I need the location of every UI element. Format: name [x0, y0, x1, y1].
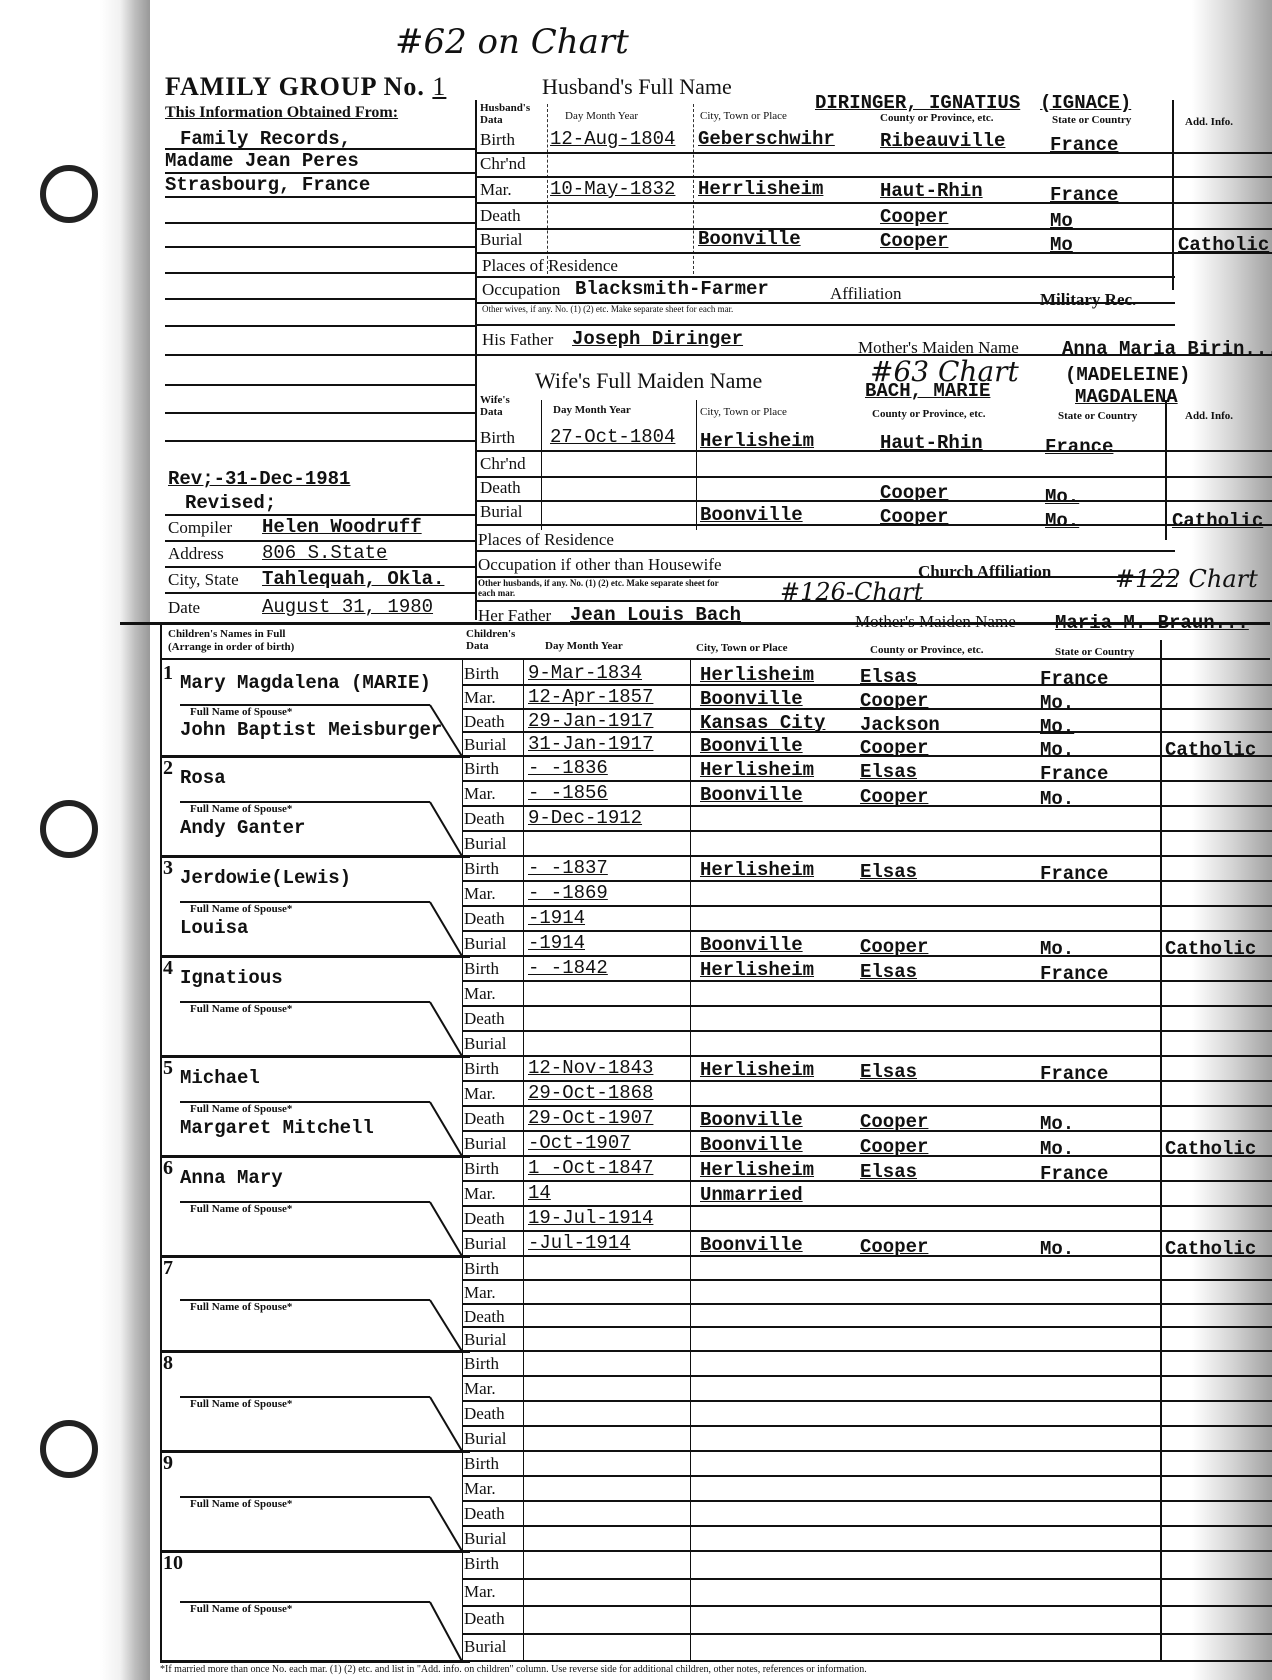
- addinfo-col-header: Add. Info.: [1185, 116, 1233, 128]
- date-col-header: Day Month Year: [565, 110, 638, 122]
- col-divider: [690, 1255, 691, 1350]
- husband-event-county: Cooper: [880, 206, 948, 228]
- spouse-diagonal: [429, 1201, 463, 1256]
- child-number: 6: [163, 1157, 173, 1180]
- compiler-address: 806 S.State: [262, 542, 387, 564]
- rule: [475, 476, 1272, 478]
- city-col-header: City, Town or Place: [700, 110, 787, 122]
- child-event-date: 12-Nov-1843: [528, 1057, 653, 1079]
- child-event-label: Burial: [464, 1234, 507, 1254]
- child-event-label: Death: [464, 1307, 505, 1327]
- main-divider: [475, 100, 477, 620]
- child-event-info: Catholic: [1165, 739, 1256, 761]
- wife-event-state: Mo.: [1045, 510, 1079, 532]
- husband-event-date: 10-May-1832: [550, 178, 675, 200]
- wife-occupation-label: Occupation if other than Housewife: [478, 555, 722, 575]
- child-separator: [160, 955, 470, 958]
- rule: [462, 1180, 1272, 1182]
- child-event-label: Mar.: [464, 1184, 496, 1204]
- child-event-date: -1914: [528, 907, 585, 929]
- col-divider: [690, 660, 691, 755]
- husband-event-county: Haut-Rhin: [880, 180, 983, 202]
- child-name: Jerdowie(Lewis): [180, 867, 351, 889]
- title-text: FAMILY GROUP No.: [165, 72, 425, 101]
- col-divider: [690, 1350, 691, 1450]
- group-number: 1: [432, 72, 446, 101]
- col-divider: [462, 660, 463, 755]
- child-event-city: Boonville: [700, 735, 803, 757]
- child-event-label: Death: [464, 712, 505, 732]
- col-divider: [693, 104, 694, 274]
- wife-name: BACH, MARIE: [865, 380, 990, 402]
- child-name: Michael: [180, 1067, 260, 1089]
- col-divider: [462, 1255, 463, 1350]
- husband-event-label: Mar.: [480, 180, 512, 200]
- children-left-border: [160, 622, 162, 1662]
- child-event-label: Mar.: [464, 688, 496, 708]
- child-number: 7: [163, 1257, 173, 1280]
- source-rule: [165, 412, 475, 414]
- other-husbands-note: Other husbands, if any. No. (1) (2) etc.…: [478, 578, 738, 598]
- child-event-label: Death: [464, 1404, 505, 1424]
- children-top-rule: [120, 622, 1270, 625]
- spouse-rule: [180, 1601, 430, 1603]
- rule: [475, 500, 1272, 502]
- spouse-label: Full Name of Spouse*: [190, 1003, 292, 1015]
- col-divider: [541, 400, 542, 530]
- rule: [462, 1500, 1272, 1502]
- child-event-city: Boonville: [700, 688, 803, 710]
- right-chart-note: #122 Chart: [1115, 565, 1258, 593]
- wife-state-col-header: State or Country: [1058, 410, 1137, 422]
- col-divider: [462, 1155, 463, 1255]
- child-event-city: Herlisheim: [700, 1159, 814, 1181]
- child-event-label: Burial: [464, 735, 507, 755]
- source-rule: [165, 298, 475, 300]
- children-state-col: State or Country: [1055, 646, 1134, 658]
- child-event-label: Mar.: [464, 1379, 496, 1399]
- spouse-label: Full Name of Spouse*: [190, 803, 292, 815]
- child-event-city: Herlisheim: [700, 1059, 814, 1081]
- rule: [475, 252, 1272, 254]
- husband-occupation: Blacksmith-Farmer: [575, 278, 769, 300]
- top-chart-note: #62 on Chart: [395, 22, 629, 62]
- child-event-label: Mar.: [464, 784, 496, 804]
- child-event-label: Mar.: [464, 1084, 496, 1104]
- child-event-date: 14: [528, 1182, 551, 1204]
- children-data-header: Children's Data: [466, 628, 526, 652]
- rule: [475, 524, 1272, 526]
- child-event-label: Mar.: [464, 984, 496, 1004]
- source-line-1: Family Records,: [180, 128, 351, 150]
- col-divider: [690, 855, 691, 955]
- child-number: 10: [163, 1552, 183, 1575]
- child-event-label: Burial: [464, 1330, 507, 1350]
- child-event-label: Birth: [464, 1059, 499, 1079]
- husband-residence-label: Places of Residence: [482, 256, 618, 276]
- rule: [462, 1303, 1272, 1305]
- child-separator: [160, 755, 470, 758]
- rule: [462, 1326, 1272, 1328]
- rule: [462, 980, 1272, 982]
- source-label: This Information Obtained From:: [165, 104, 398, 122]
- children-names-label: Children's Names in Full: [168, 628, 285, 640]
- husband-event-label: Chr'nd: [480, 154, 526, 174]
- spouse-diagonal: [429, 1601, 463, 1661]
- footer-note: *If married more than once No. each mar.…: [160, 1664, 867, 1675]
- child-number: 2: [163, 757, 173, 780]
- wife-event-state: Mo.: [1045, 486, 1079, 508]
- child-event-date: 19-Jul-1914: [528, 1207, 653, 1229]
- spouse-rule: [180, 1001, 430, 1003]
- col-divider: [690, 1450, 691, 1550]
- rule: [462, 1350, 1272, 1352]
- wife-event-city: Boonville: [700, 504, 803, 526]
- child-number: 5: [163, 1057, 173, 1080]
- binder-hole-1: [40, 165, 98, 223]
- spouse-diagonal: [429, 1101, 463, 1156]
- child-event-label: Death: [464, 809, 505, 829]
- rule: [475, 152, 1272, 154]
- col-divider: [462, 1550, 463, 1660]
- child-event-label: Mar.: [464, 884, 496, 904]
- col-divider: [523, 1350, 524, 1450]
- child-event-label: Death: [464, 1609, 505, 1629]
- source-rule: [165, 222, 475, 224]
- spouse-label: Full Name of Spouse*: [190, 706, 292, 718]
- col-divider: [690, 1550, 691, 1660]
- rule: [462, 1030, 1272, 1032]
- source-rule: [165, 354, 475, 356]
- spouse-name: Louisa: [180, 917, 248, 939]
- wife-alias-2: MAGDALENA: [1075, 386, 1178, 408]
- compiler-name: Helen Woodruff: [262, 516, 422, 538]
- wife-residence-label: Places of Residence: [478, 530, 614, 550]
- spouse-rule: [180, 1299, 430, 1301]
- binder-hole-3: [40, 1420, 98, 1478]
- child-event-label: Mar.: [464, 1582, 496, 1602]
- child-event-state: Mo.: [1040, 716, 1074, 738]
- child-event-label: Mar.: [464, 1479, 496, 1499]
- form-title: FAMILY GROUP No. 1: [165, 72, 446, 102]
- wife-date-col-header: Day Month Year: [553, 404, 631, 416]
- source-rule: [165, 172, 475, 174]
- wife-event-label: Burial: [480, 502, 523, 522]
- child-number: 8: [163, 1352, 173, 1375]
- child-event-label: Birth: [464, 1159, 499, 1179]
- child-event-date: 29-Oct-1868: [528, 1082, 653, 1104]
- child-event-label: Burial: [464, 1034, 507, 1054]
- county-col-header: County or Province, etc.: [880, 112, 994, 124]
- source-line-2: Madame Jean Peres: [165, 150, 359, 172]
- child-event-city: Kansas City: [700, 712, 825, 734]
- wife-event-label: Birth: [480, 428, 515, 448]
- col-divider: [462, 1350, 463, 1450]
- wife-event-label: Chr'nd: [480, 454, 526, 474]
- rule: [462, 1005, 1272, 1007]
- rule: [475, 354, 1272, 356]
- col-divider: [547, 104, 548, 274]
- spouse-rule: [180, 1101, 430, 1103]
- spouse-label: Full Name of Spouse*: [190, 1103, 292, 1115]
- child-separator: [160, 1155, 470, 1158]
- child-event-date: - -1837: [528, 857, 608, 879]
- child-event-label: Birth: [464, 759, 499, 779]
- rule: [462, 830, 1272, 832]
- child-event-label: Burial: [464, 1429, 507, 1449]
- child-event-city: Herlisheim: [700, 664, 814, 686]
- child-event-date: - -1836: [528, 757, 608, 779]
- husband-event-city: Boonville: [698, 228, 801, 250]
- child-event-city: Boonville: [700, 1134, 803, 1156]
- child-event-label: Birth: [464, 959, 499, 979]
- child-event-date: 9-Mar-1834: [528, 662, 642, 684]
- col-divider: [690, 955, 691, 1055]
- child-event-date: 9-Dec-1912: [528, 807, 642, 829]
- spouse-rule: [180, 1201, 430, 1203]
- child-event-date: -Oct-1907: [528, 1132, 631, 1154]
- source-rule: [165, 148, 475, 150]
- child-event-label: Burial: [464, 934, 507, 954]
- child-number: 9: [163, 1452, 173, 1475]
- child-event-state: Mo.: [1040, 739, 1074, 761]
- husband-event-city: Geberschwihr: [698, 128, 835, 150]
- revised-label: Revised;: [185, 492, 276, 514]
- rule: [475, 450, 1272, 452]
- spouse-name: John Baptist Meisburger: [180, 719, 442, 741]
- husband-event-label: Death: [480, 206, 521, 226]
- child-name: Anna Mary: [180, 1167, 283, 1189]
- col-divider: [523, 955, 524, 1055]
- children-names-sub: (Arrange in order of birth): [168, 641, 294, 653]
- wife-city-col-header: City, Town or Place: [700, 406, 787, 418]
- col-divider: [523, 1055, 524, 1155]
- addinfo-divider: [1160, 640, 1162, 1660]
- source-rule: [165, 325, 475, 327]
- rule: [462, 1425, 1272, 1427]
- child-event-label: Birth: [464, 1554, 499, 1574]
- col-divider: [462, 855, 463, 955]
- source-rule: [165, 196, 475, 198]
- child-separator: [160, 1550, 470, 1553]
- child-separator: [160, 855, 470, 858]
- spouse-label: Full Name of Spouse*: [190, 903, 292, 915]
- child-event-label: Birth: [464, 664, 499, 684]
- spouse-rule: [180, 901, 430, 903]
- col-divider: [523, 1255, 524, 1350]
- state-col-header: State or Country: [1052, 114, 1131, 126]
- addinfo-divider: [1165, 400, 1167, 540]
- child-number: 3: [163, 857, 173, 880]
- compiler-city: Tahlequah, Okla.: [262, 568, 444, 590]
- binder-hole-2: [40, 800, 98, 858]
- rule: [475, 228, 1272, 230]
- source-line-3: Strasbourg, France: [165, 174, 370, 196]
- husband-event-city: Herrlisheim: [698, 178, 823, 200]
- col-divider: [462, 755, 463, 855]
- spouse-diagonal: [429, 1299, 462, 1351]
- child-event-label: Birth: [464, 859, 499, 879]
- child-event-date: 12-Apr-1857: [528, 686, 653, 708]
- child-event-label: Mar.: [464, 1283, 496, 1303]
- rule: [462, 1475, 1272, 1477]
- city-state-label: City, State: [168, 570, 239, 590]
- child-event-city: Unmarried: [700, 1184, 803, 1206]
- rule: [462, 1525, 1272, 1527]
- child-event-date: 29-Oct-1907: [528, 1107, 653, 1129]
- spouse-diagonal: [429, 1496, 463, 1551]
- wife-name-label: Wife's Full Maiden Name: [535, 368, 762, 394]
- col-divider: [690, 755, 691, 855]
- rule: [462, 1605, 1272, 1607]
- rule: [475, 550, 1175, 552]
- child-separator: [160, 1450, 470, 1453]
- child-event-label: Death: [464, 1109, 505, 1129]
- wife-event-info: Catholic: [1172, 510, 1263, 532]
- child-event-date: - -1856: [528, 782, 608, 804]
- child-event-label: Burial: [464, 834, 507, 854]
- husband-name-label: Husband's Full Name: [542, 74, 732, 100]
- child-event-date: 1 -Oct-1847: [528, 1157, 653, 1179]
- spouse-label: Full Name of Spouse*: [190, 1603, 292, 1615]
- child-event-state: Mo.: [1040, 692, 1074, 714]
- col-divider: [523, 855, 524, 955]
- col-divider: [462, 955, 463, 1055]
- child-event-label: Birth: [464, 1454, 499, 1474]
- rule: [462, 1550, 1272, 1552]
- col-divider: [523, 660, 524, 755]
- revision-date: Rev;-31-Dec-1981: [168, 468, 350, 490]
- wife-church-label: Church Affiliation: [918, 562, 1051, 582]
- child-number: 1: [163, 662, 173, 685]
- child-event-label: Burial: [464, 1637, 507, 1657]
- wife-data-header: Wife's Data: [480, 394, 530, 418]
- wife-addinfo-col-header: Add. Info.: [1185, 410, 1233, 422]
- husband-event-county: Cooper: [880, 230, 948, 252]
- col-divider: [523, 1550, 524, 1660]
- child-event-date: - -1842: [528, 957, 608, 979]
- compiler-label: Compiler: [168, 518, 232, 538]
- child-event-date: 31-Jan-1917: [528, 733, 653, 755]
- rule: [462, 1279, 1272, 1281]
- child-event-city: Herlisheim: [700, 759, 814, 781]
- addinfo-divider: [1172, 100, 1174, 290]
- compiler-date: August 31, 1980: [262, 596, 433, 618]
- husband-alias: (IGNACE): [1040, 92, 1131, 114]
- child-separator: [160, 1055, 470, 1058]
- child-event-date: 29-Jan-1917: [528, 710, 653, 732]
- husband-occupation-label: Occupation: [482, 280, 560, 300]
- child-separator: [160, 1350, 470, 1353]
- spouse-diagonal: [429, 901, 463, 956]
- wife-county-col-header: County or Province, etc.: [872, 408, 986, 420]
- child-event-label: Burial: [464, 1529, 507, 1549]
- col-divider: [523, 1450, 524, 1550]
- rule: [475, 324, 1175, 326]
- rule: [462, 1660, 1272, 1662]
- child-event-city: Herlisheim: [700, 859, 814, 881]
- husband-event-label: Burial: [480, 230, 523, 250]
- rule: [160, 658, 1270, 660]
- wife-alias-1: (MADELEINE): [1065, 364, 1190, 386]
- spouse-label: Full Name of Spouse*: [190, 1203, 292, 1215]
- wife-event-state: France: [1045, 436, 1113, 458]
- child-event-city: Boonville: [700, 784, 803, 806]
- child-name: Mary Magdalena (MARIE): [180, 672, 431, 694]
- spouse-rule: [180, 1496, 430, 1498]
- child-event-label: Burial: [464, 1134, 507, 1154]
- spouse-name: Andy Ganter: [180, 817, 305, 839]
- husband-name: DIRINGER, IGNATIUS: [815, 92, 1020, 114]
- husband-event-date: 12-Aug-1804: [550, 128, 675, 150]
- source-rule: [165, 384, 475, 386]
- husband-data-header: Husband's Data: [480, 102, 540, 126]
- rule: [475, 202, 1272, 204]
- his-mother-name: Anna Maria Birin...: [1062, 338, 1272, 360]
- col-divider: [462, 1055, 463, 1155]
- rule: [462, 1255, 1272, 1257]
- child-event-label: Death: [464, 1209, 505, 1229]
- date-label: Date: [168, 598, 200, 618]
- other-wives-note: Other wives, if any. No. (1) (2) etc. Ma…: [482, 304, 742, 314]
- child-name: Ignatious: [180, 967, 283, 989]
- col-divider: [690, 1155, 691, 1255]
- source-rule: [165, 246, 475, 248]
- child-event-city: Boonville: [700, 1234, 803, 1256]
- child-separator: [160, 1660, 470, 1663]
- rule: [475, 600, 1272, 602]
- spouse-diagonal: [429, 1001, 463, 1056]
- spouse-rule: [180, 801, 430, 803]
- husband-event-label: Birth: [480, 130, 515, 150]
- child-event-state: France: [1040, 668, 1108, 690]
- col-divider: [523, 1155, 524, 1255]
- child-event-label: Death: [464, 909, 505, 929]
- col-divider: [523, 755, 524, 855]
- spouse-label: Full Name of Spouse*: [190, 1301, 292, 1313]
- child-event-city: Boonville: [700, 934, 803, 956]
- children-county-col: County or Province, etc.: [870, 644, 984, 656]
- child-name: Rosa: [180, 767, 226, 789]
- child-event-city: Herlisheim: [700, 959, 814, 981]
- spouse-label: Full Name of Spouse*: [190, 1398, 292, 1410]
- source-rule: [165, 272, 475, 274]
- wife-event-label: Death: [480, 478, 521, 498]
- children-date-col: Day Month Year: [545, 640, 623, 652]
- col-divider: [462, 1450, 463, 1550]
- wife-event-city: Herlisheim: [700, 430, 814, 452]
- rule: [462, 1633, 1272, 1635]
- source-rule: [165, 440, 475, 442]
- child-separator: [160, 1255, 470, 1258]
- husband-military-label: Military Rec.: [1040, 290, 1136, 310]
- spouse-rule: [180, 704, 430, 706]
- child-event-label: Birth: [464, 1354, 499, 1374]
- child-event-city: Boonville: [700, 1109, 803, 1131]
- spouse-diagonal: [429, 801, 463, 856]
- rule: [462, 1578, 1272, 1580]
- rule: [165, 592, 475, 594]
- rule: [462, 1375, 1272, 1377]
- spouse-rule: [180, 1396, 430, 1398]
- child-event-date: -Jul-1914: [528, 1232, 631, 1254]
- spouse-diagonal: [429, 1396, 463, 1451]
- child-event-label: Death: [464, 1009, 505, 1029]
- rule: [462, 1450, 1272, 1452]
- husband-event-county: Ribeauville: [880, 130, 1005, 152]
- his-father-name: Joseph Diringer: [572, 328, 743, 350]
- child-event-date: -1914: [528, 932, 585, 954]
